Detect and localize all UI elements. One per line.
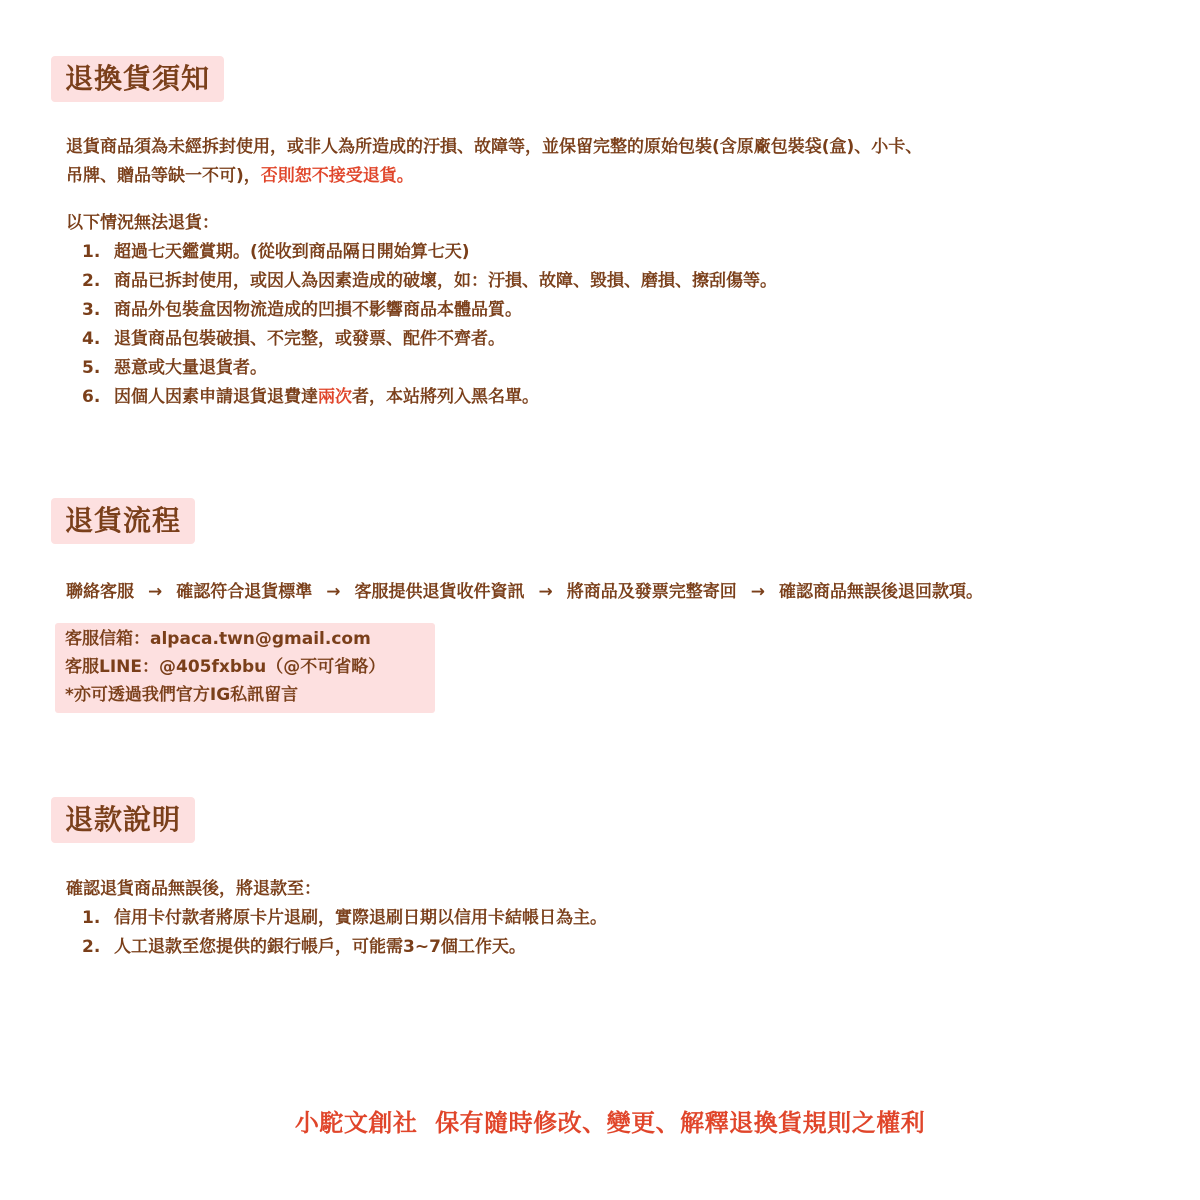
list-item: 5.惡意或大量退貨者。 — [66, 354, 777, 383]
list-item: 2.商品已拆封使用，或因人為因素造成的破壞，如：汙損、故障、毀損、磨損、擦刮傷等… — [66, 267, 777, 296]
item-text: 惡意或大量退貨者。 — [114, 358, 267, 378]
intro-line-2: 吊牌、贈品等缺一不可)，否則恕不接受退貨。 — [66, 162, 922, 191]
item-text: 信用卡付款者將原卡片退刷，實際退刷日期以信用卡結帳日為主。 — [114, 908, 607, 928]
step-receive-address: 客服提供退貨收件資訊 — [355, 582, 525, 602]
refund-details: 確認退貨商品無誤後，將退款至： 1.信用卡付款者將原卡片退刷，實際退刷日期以信用… — [66, 875, 607, 962]
contact-email[interactable]: 客服信箱：alpaca.twn@gmail.com — [65, 625, 425, 653]
refund-list: 1.信用卡付款者將原卡片退刷，實際退刷日期以信用卡結帳日為主。 2.人工退款至您… — [66, 904, 607, 962]
conditions-heading: 以下情況無法退貨： — [66, 209, 777, 238]
intro-line-1: 退貨商品須為未經拆封使用，或非人為所造成的汙損、故障等，並保留完整的原始包裝(含… — [66, 133, 922, 162]
list-item: 2.人工退款至您提供的銀行帳戶，可能需3~7個工作天。 — [66, 933, 607, 962]
item-number: 5. — [82, 354, 114, 383]
intro-line-2-prefix: 吊牌、贈品等缺一不可)， — [66, 166, 261, 186]
item-number: 2. — [82, 933, 114, 962]
item-text: 退貨商品包裝破損、不完整，或發票、配件不齊者。 — [114, 329, 505, 349]
list-item: 1.超過七天鑑賞期。(從收到商品隔日開始算七天) — [66, 238, 777, 267]
item-text: 商品外包裝盒因物流造成的凹損不影響商品本體品質。 — [114, 300, 522, 320]
contact-line-id: 客服LINE：@405fxbbu（@不可省略） — [65, 653, 425, 681]
no-return-warning: 否則恕不接受退貨 — [261, 166, 397, 186]
contact-info-box: 客服信箱：alpaca.twn@gmail.com 客服LINE：@405fxb… — [55, 623, 435, 713]
item-number: 1. — [82, 238, 114, 267]
contact-ig-note: *亦可透過我們官方IG私訊留言 — [65, 681, 425, 709]
rights-disclaimer: 小駝文創社 保有隨時修改、變更、解釋退換貨規則之權利 — [0, 1103, 1200, 1138]
arrow-right-icon: → — [539, 582, 553, 602]
item-text-suffix: 者，本站將列入黑名單。 — [352, 387, 539, 407]
intro-line-2-suffix: 。 — [397, 166, 414, 186]
item-number: 2. — [82, 267, 114, 296]
item-number: 4. — [82, 325, 114, 354]
item-number: 3. — [82, 296, 114, 325]
list-item: 6.因個人因素申請退貨退費達兩次者，本站將列入黑名單。 — [66, 383, 777, 412]
step-contact-service: 聯絡客服 — [66, 582, 134, 602]
list-item: 3.商品外包裝盒因物流造成的凹損不影響商品本體品質。 — [66, 296, 777, 325]
item-number: 1. — [82, 904, 114, 933]
item-text-prefix: 因個人因素申請退貨退費達 — [114, 387, 318, 407]
return-process-flow: 聯絡客服→確認符合退貨標準→客服提供退貨收件資訊→將商品及發票完整寄回→確認商品… — [66, 578, 983, 606]
section-title-refund: 退款說明 — [51, 797, 195, 843]
arrow-right-icon: → — [751, 582, 765, 602]
item-text: 商品已拆封使用，或因人為因素造成的破壞，如：汙損、故障、毀損、磨損、擦刮傷等。 — [114, 271, 777, 291]
refund-heading: 確認退貨商品無誤後，將退款至： — [66, 875, 607, 904]
return-notice-intro: 退貨商品須為未經拆封使用，或非人為所造成的汙損、故障等，並保留完整的原始包裝(含… — [66, 133, 922, 191]
list-item: 4.退貨商品包裝破損、不完整，或發票、配件不齊者。 — [66, 325, 777, 354]
arrow-right-icon: → — [326, 582, 340, 602]
conditions-list: 1.超過七天鑑賞期。(從收到商品隔日開始算七天) 2.商品已拆封使用，或因人為因… — [66, 238, 777, 412]
item-number: 6. — [82, 383, 114, 412]
two-times-highlight: 兩次 — [318, 387, 352, 407]
item-text: 超過七天鑑賞期。(從收到商品隔日開始算七天) — [114, 242, 470, 262]
non-returnable-conditions: 以下情況無法退貨： 1.超過七天鑑賞期。(從收到商品隔日開始算七天) 2.商品已… — [66, 209, 777, 412]
step-confirm-standard: 確認符合退貨標準 — [176, 582, 312, 602]
section-title-return-process: 退貨流程 — [51, 498, 195, 544]
section-title-return-notice: 退換貨須知 — [51, 56, 224, 102]
step-refund: 確認商品無誤後退回款項。 — [779, 582, 983, 602]
step-ship-back: 將商品及發票完整寄回 — [567, 582, 737, 602]
item-text: 人工退款至您提供的銀行帳戶，可能需3~7個工作天。 — [114, 937, 526, 957]
arrow-right-icon: → — [148, 582, 162, 602]
list-item: 1.信用卡付款者將原卡片退刷，實際退刷日期以信用卡結帳日為主。 — [66, 904, 607, 933]
